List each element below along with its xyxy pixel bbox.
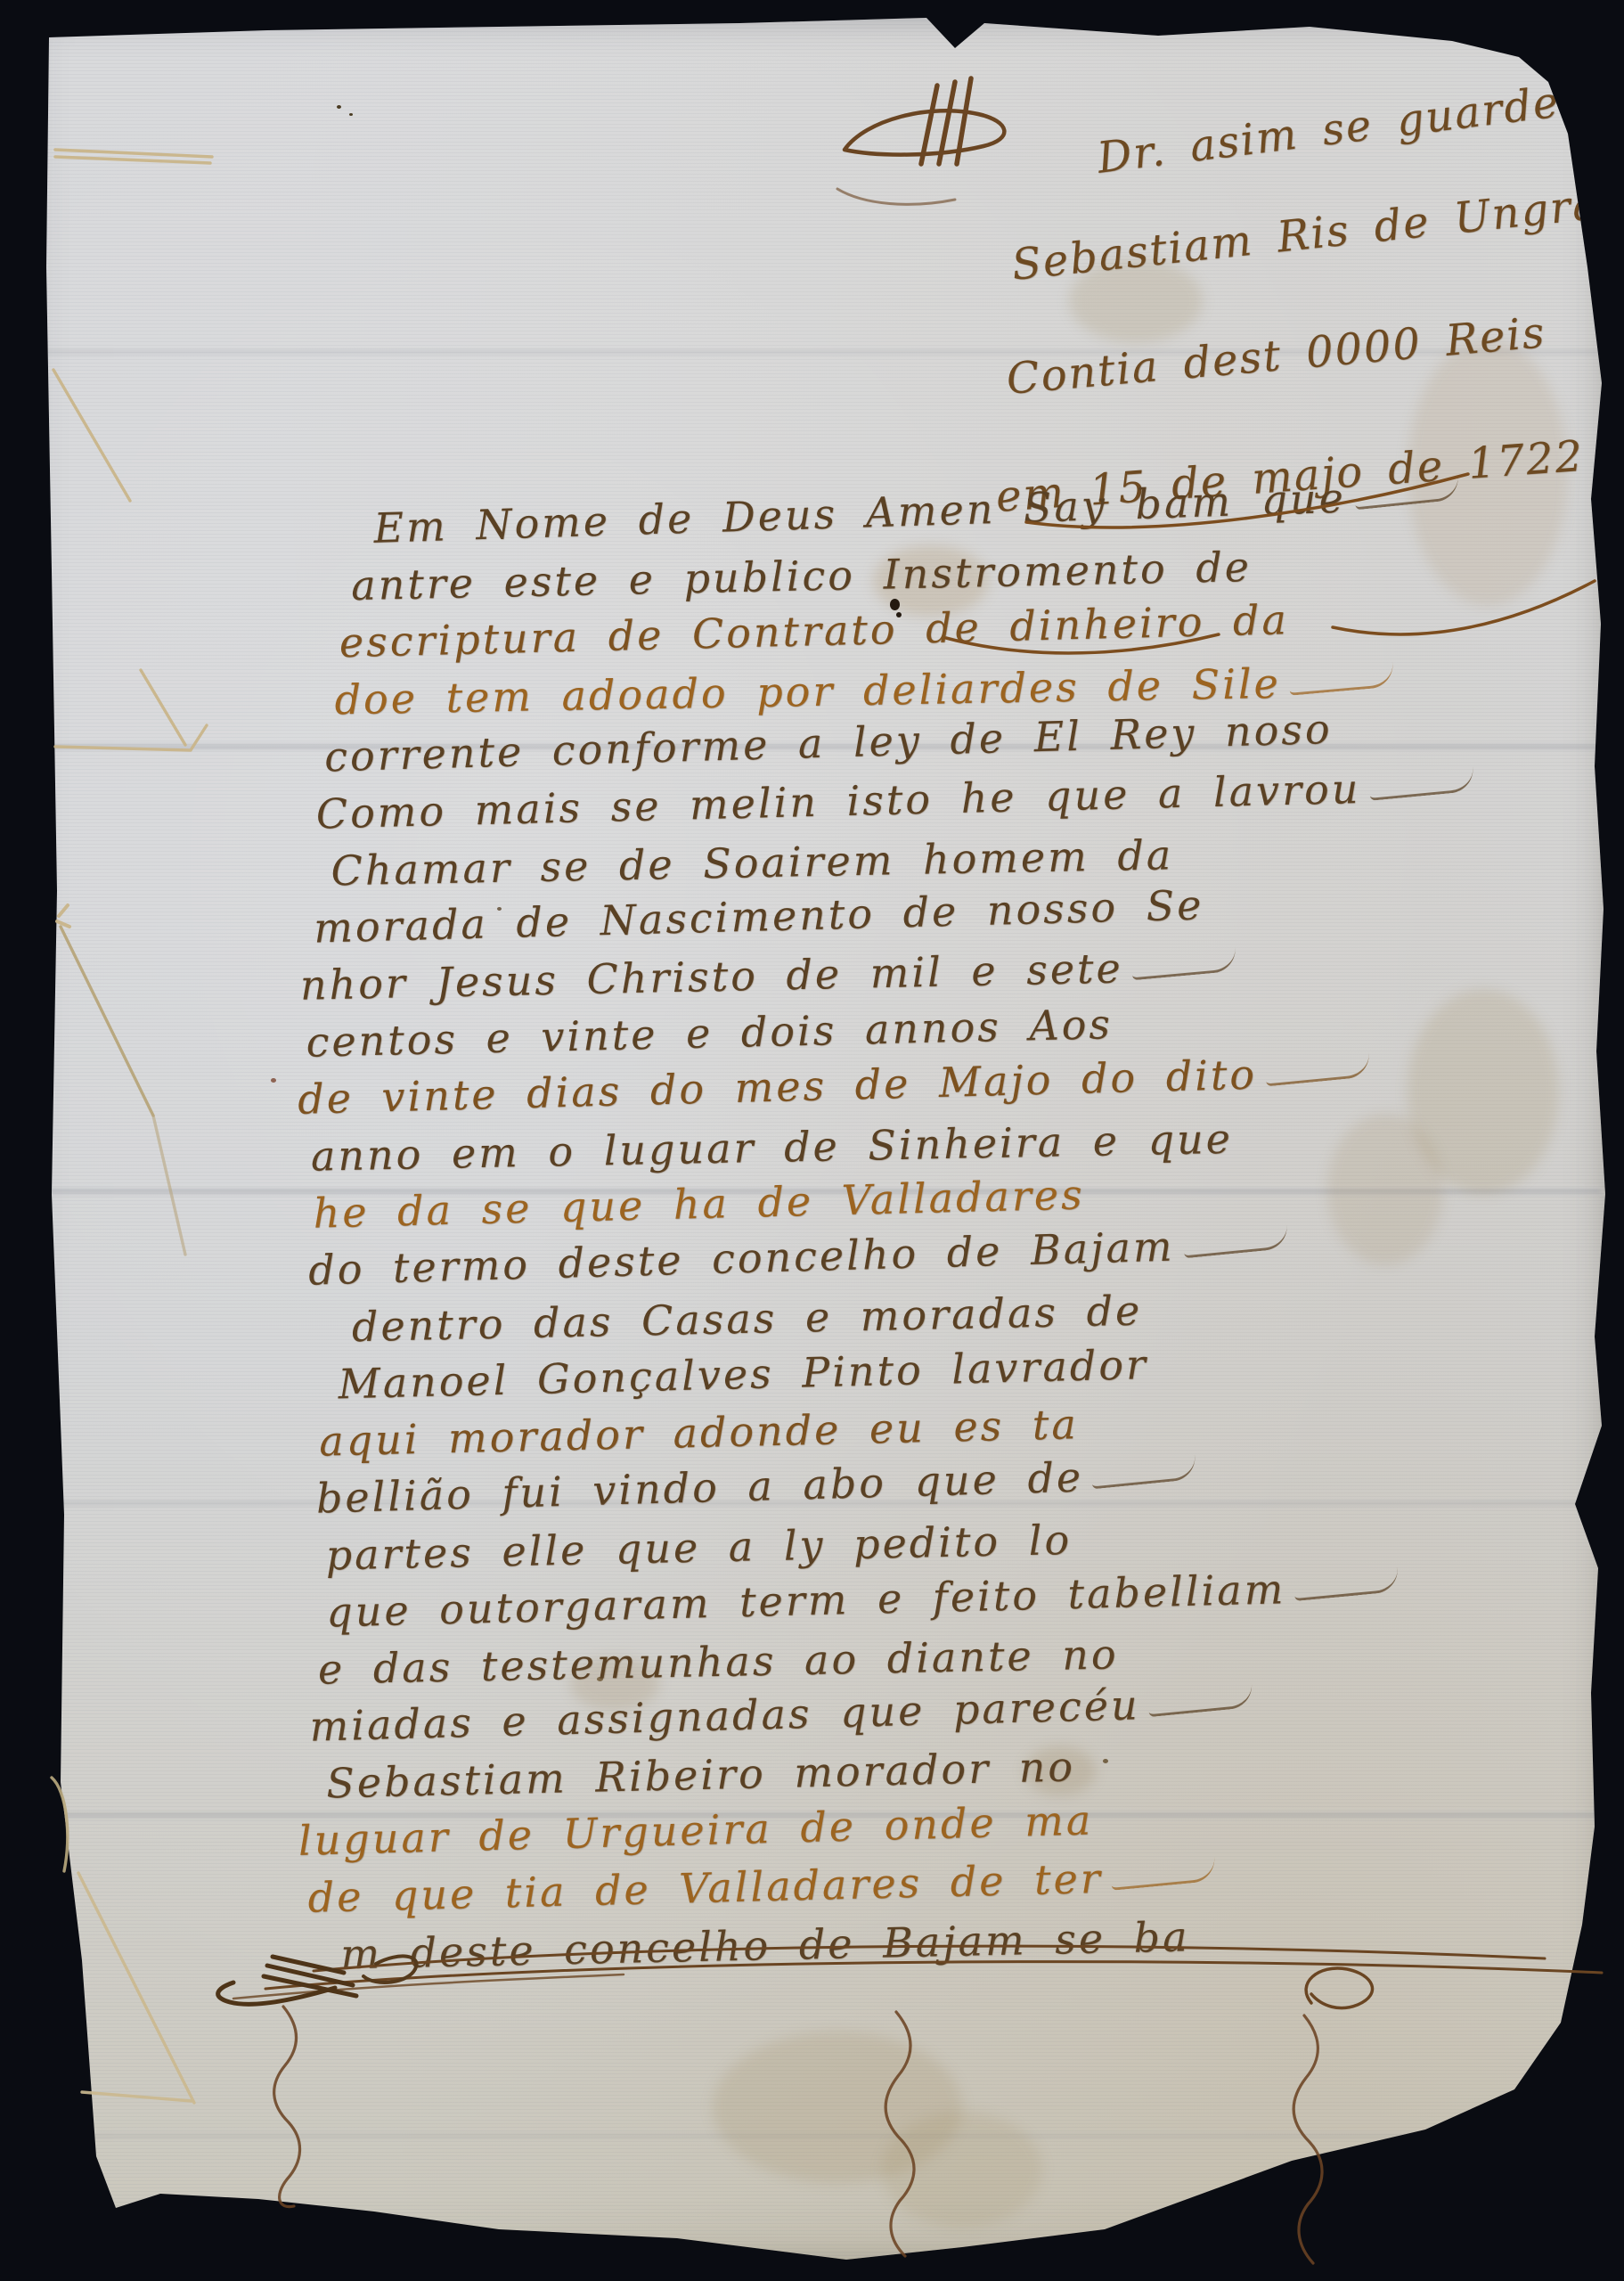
pen-tail-flourish (1353, 475, 1460, 510)
header-annotation-line: Sebastiam Ris de Ungra (1009, 179, 1602, 290)
manuscript-line-text: Em Nome de Deus Amen Say bam que (373, 474, 1347, 552)
speck (349, 113, 353, 116)
pen-tail-flourish (1110, 1856, 1217, 1890)
pen-tail-flourish (1368, 766, 1475, 800)
stain (882, 2112, 1042, 2228)
speck (337, 105, 341, 109)
pen-tail-flourish (1293, 1567, 1400, 1601)
paper-sheet: Dr. asim se guardeu Sebastiam Ris de Ung… (0, 0, 1624, 2281)
body-text: Em Nome de Deus Amen Say bam queantre es… (291, 493, 1465, 1988)
pen-tail-flourish (1288, 662, 1395, 695)
pen-tail-flourish (1147, 1682, 1254, 1716)
pen-tail-flourish (1130, 946, 1237, 980)
manuscript-photo: Dr. asim se guardeu Sebastiam Ris de Ung… (0, 0, 1624, 2281)
speck (271, 1078, 276, 1083)
pen-tail-flourish (1264, 1052, 1371, 1086)
header-annotation-line: Dr. asim se guardeu (1095, 73, 1592, 183)
pen-tail-flourish (1090, 1454, 1197, 1488)
pen-tail-flourish (1182, 1223, 1289, 1257)
